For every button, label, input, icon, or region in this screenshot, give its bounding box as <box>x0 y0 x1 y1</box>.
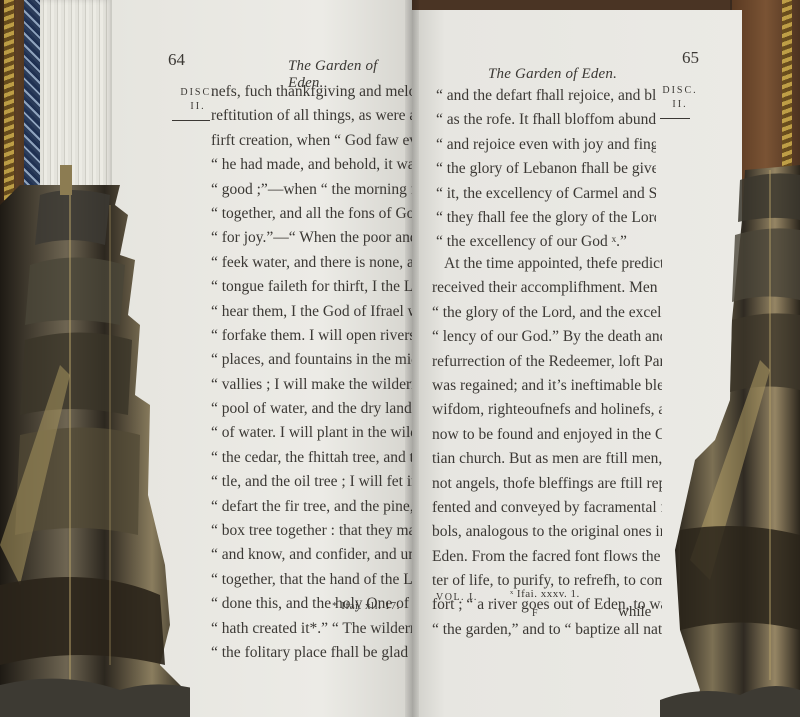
right-page-quote: “ and the defart fhall rejoice, and blof… <box>436 84 656 255</box>
text-line: “ the cedar, the fhittah tree, and the m <box>211 446 412 470</box>
text-line: reftitution of all things, as were at t <box>211 104 412 128</box>
photo-scene: 64 The Garden of Eden. DISC. II. nefs, f… <box>0 0 800 717</box>
text-line: “ together, and all the fons of God fho <box>211 202 412 226</box>
text-line: not angels, thofe bleffings are ftill re… <box>432 472 662 496</box>
text-line: “ lency of our God.” By the death and <box>432 325 662 349</box>
text-line: “ defart the fir tree, and the pine, and <box>211 495 412 519</box>
ship-icon <box>660 160 800 717</box>
text-line: fented and conveyed by facramental fym- <box>432 496 662 520</box>
margin-rule <box>660 118 690 119</box>
margin-note-disc: DISC. <box>658 84 702 98</box>
text-line: “ he had made, and behold, it was v <box>211 153 412 177</box>
text-line: “ hear them, I the God of Ifrael wil <box>211 300 412 324</box>
text-line: “ and rejoice even with joy and finging … <box>436 133 656 157</box>
text-line: “ as the rofe. It fhall bloffom abundant… <box>436 108 656 132</box>
text-line: “ the folitary place fhall be glad for t… <box>211 641 412 665</box>
bronze-ship-bookend-left <box>0 165 190 717</box>
margin-note: DISC. II. <box>658 84 702 112</box>
text-line: wifdom, righteoufnefs and holinefs, are <box>432 398 662 422</box>
page-number: 65 <box>682 48 699 68</box>
margin-rule <box>172 120 210 121</box>
text-line: “ together, that the hand of the Lord <box>211 568 412 592</box>
text-line: “ tongue faileth for thirft, I the Lord <box>211 275 412 299</box>
text-line: “ forfake them. I will open rivers in <box>211 324 412 348</box>
text-line: was regained; and it’s ineftimable bleff… <box>432 374 662 398</box>
text-line: “ and the defart fhall rejoice, and blof… <box>436 84 656 108</box>
gathering-signature: F <box>532 608 539 619</box>
running-head: The Garden of Eden. <box>488 66 617 83</box>
text-line: “ the glory of the Lord, and the excel- <box>432 301 662 325</box>
text-line: “ hath created it*.” “ The wildernef <box>211 617 412 641</box>
text-line: “ box tree together : that they may <box>211 519 412 543</box>
text-line: received their accomplifhment. Men “ faw <box>432 276 662 300</box>
text-line: bols, analogous to the original ones in <box>432 520 662 544</box>
page-number: 64 <box>168 50 185 70</box>
text-line: now to be found and enjoyed in the Chrif… <box>432 423 662 447</box>
catchword: while <box>618 604 651 621</box>
footnote: ˣ Ifai. xxxv. 1. <box>510 588 580 600</box>
text-line: “ and know, and confider, and underf <box>211 543 412 567</box>
text-line: “ pool of water, and the dry land fp <box>211 397 412 421</box>
text-line: firft creation, when “ God faw every t <box>211 129 412 153</box>
text-line: “ they fhall fee the glory of the Lord, … <box>436 206 656 230</box>
text-line: “ vallies ; I will make the wildernef <box>211 373 412 397</box>
text-line: Eden. From the facred font flows the wa- <box>432 545 662 569</box>
bronze-ship-bookend-right <box>660 160 800 717</box>
text-line: nefs, fuch thankfgiving and melody, a <box>211 80 412 104</box>
text-line: “ of water. I will plant in the wilder <box>211 421 412 445</box>
text-line: “ the glory of Lebanon fhall be given un… <box>436 157 656 181</box>
book-gutter <box>405 0 419 717</box>
text-line: “ it, the excellency of Carmel and Sharo… <box>436 182 656 206</box>
text-line: “ the garden,” and to “ baptize all nati… <box>432 618 662 642</box>
left-page-body: nefs, fuch thankfgiving and melody, a re… <box>211 80 412 665</box>
volume-signature: VOL. I. <box>436 592 478 603</box>
text-line: At the time appointed, thefe predictions <box>432 252 662 276</box>
text-line: tian church. But as men are ftill men, a… <box>432 447 662 471</box>
text-line: “ for joy.”—“ When the poor and ne <box>211 226 412 250</box>
text-line: refurrection of the Redeemer, loft Parad… <box>432 350 662 374</box>
text-line: “ places, and fountains in the midft o <box>211 348 412 372</box>
ship-icon <box>0 165 190 717</box>
margin-note-number: II. <box>658 98 702 112</box>
text-line: “ tle, and the oil tree ; I will fet in <box>211 470 412 494</box>
right-page-paragraph: At the time appointed, thefe predictions… <box>432 252 662 642</box>
footnote: * Ifai. xli. 17. <box>332 600 400 612</box>
text-line: “ feek water, and there is none, and t <box>211 251 412 275</box>
text-line: “ good ;”—when “ the morning ftars f <box>211 178 412 202</box>
